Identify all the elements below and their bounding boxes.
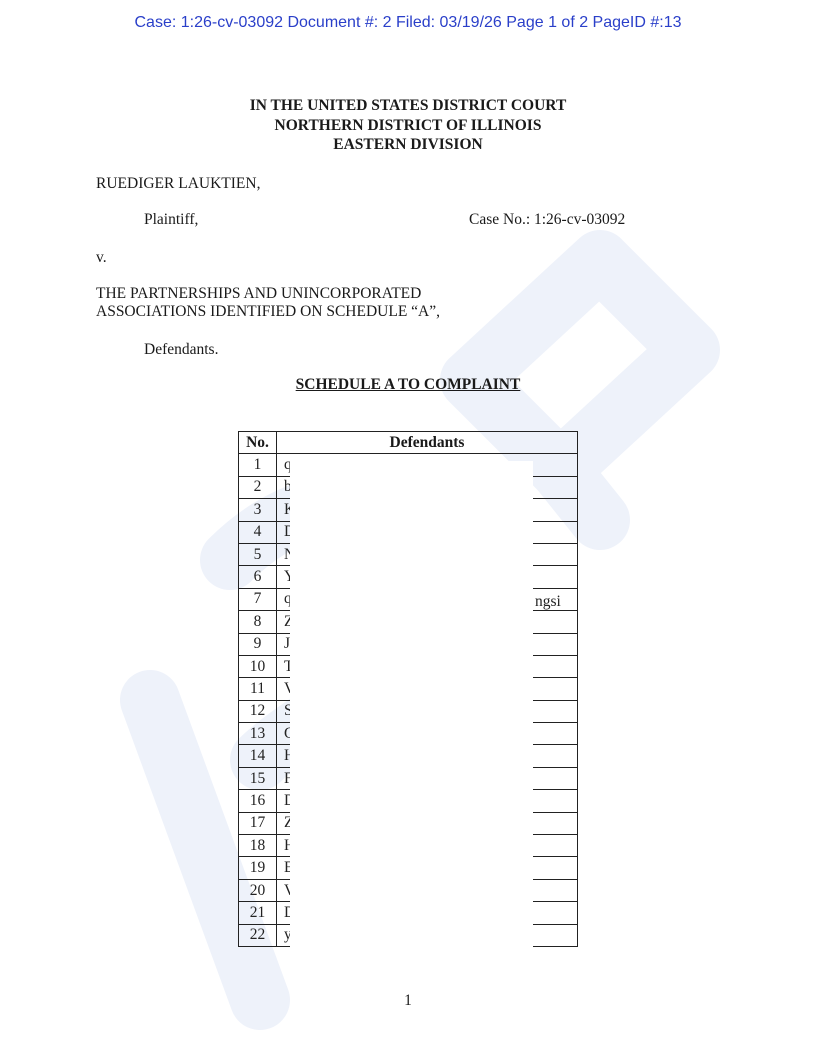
plaintiff-label: Plaintiff, (144, 210, 198, 229)
case-number: Case No.: 1:26-cv-03092 (469, 210, 625, 229)
row-number: 18 (239, 835, 277, 857)
row-number: 7 (239, 588, 277, 610)
page-number: 1 (0, 992, 816, 1010)
row-number: 17 (239, 812, 277, 834)
row-number: 16 (239, 790, 277, 812)
court-heading-line-3: EASTERN DIVISION (0, 135, 816, 155)
column-header-no: No. (239, 432, 277, 454)
row-number: 2 (239, 476, 277, 498)
row-number: 12 (239, 700, 277, 722)
row-number: 15 (239, 767, 277, 789)
redaction-box (290, 461, 533, 951)
row-number: 13 (239, 723, 277, 745)
row-number: 21 (239, 902, 277, 924)
row-number: 9 (239, 633, 277, 655)
row-number: 19 (239, 857, 277, 879)
row-number: 20 (239, 879, 277, 901)
row-number: 10 (239, 655, 277, 677)
defendants-label: Defendants. (144, 340, 218, 359)
row-7-visible-suffix: ngsi (535, 593, 561, 611)
column-header-defendants: Defendants (277, 432, 578, 454)
court-heading: IN THE UNITED STATES DISTRICT COURT NORT… (0, 96, 816, 155)
versus: v. (96, 248, 107, 267)
row-number: 8 (239, 611, 277, 633)
table-header-row: No. Defendants (239, 432, 578, 454)
row-number: 1 (239, 454, 277, 476)
court-heading-line-2: NORTHERN DISTRICT OF ILLINOIS (0, 116, 816, 136)
court-filing-stamp: Case: 1:26-cv-03092 Document #: 2 Filed:… (0, 14, 816, 32)
defendants-caption-line-1: THE PARTNERSHIPS AND UNINCORPORATED (96, 284, 421, 303)
schedule-title: SCHEDULE A TO COMPLAINT (0, 376, 816, 394)
row-number: 22 (239, 924, 277, 946)
row-number: 14 (239, 745, 277, 767)
row-number: 11 (239, 678, 277, 700)
row-number: 3 (239, 499, 277, 521)
plaintiff-name: RUEDIGER LAUKTIEN, (96, 174, 260, 193)
row-number: 6 (239, 566, 277, 588)
defendants-caption-line-2: ASSOCIATIONS IDENTIFIED ON SCHEDULE “A”, (96, 302, 440, 321)
row-number: 5 (239, 543, 277, 565)
court-heading-line-1: IN THE UNITED STATES DISTRICT COURT (0, 96, 816, 116)
row-number: 4 (239, 521, 277, 543)
